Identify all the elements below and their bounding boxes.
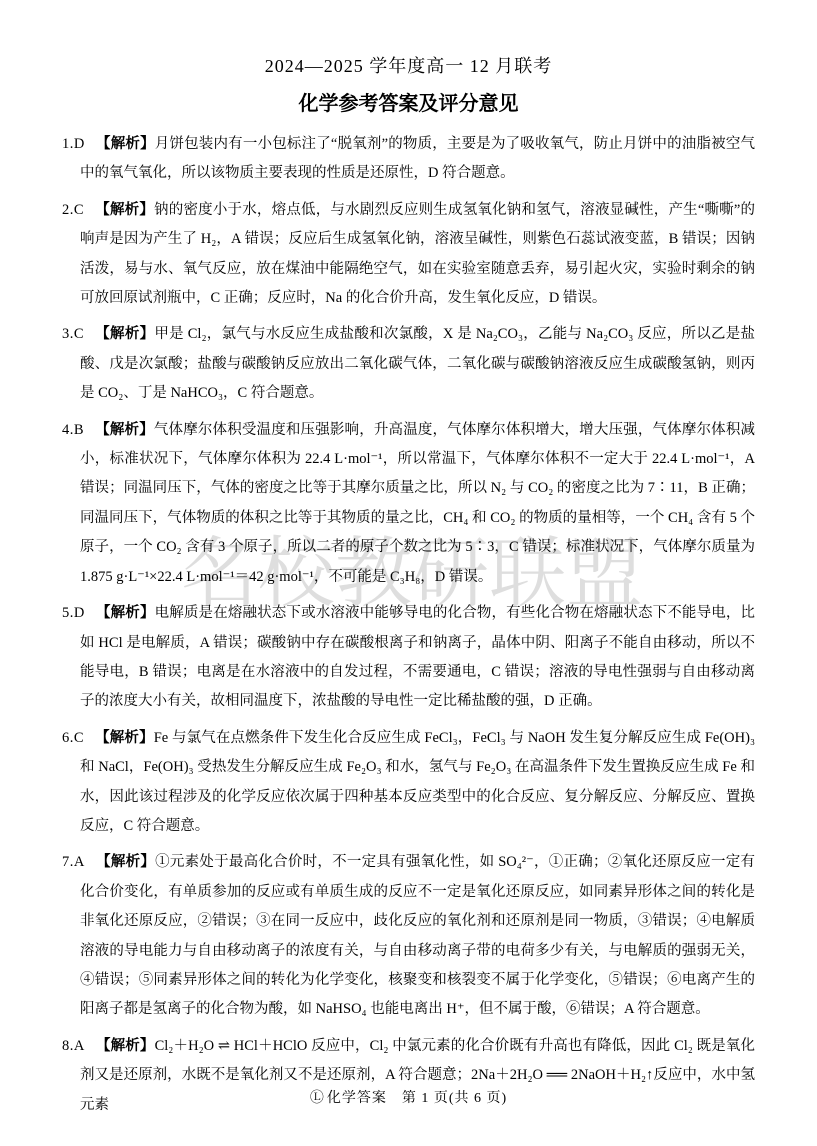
analysis-label: 【解析】 [95,422,154,438]
analysis-label: 【解析】 [96,605,155,621]
analysis-label: 【解析】 [95,730,154,746]
page-title: 2024—2025 学年度高一 12 月联考 [62,52,755,78]
analysis-text: 电解质是在熔融状态下或水溶液中能够导电的化合物，有些化合物在熔融状态下不能导电，… [80,605,755,709]
analysis-label: 【解析】 [96,854,155,870]
analysis-text: 钠的密度小于水，熔点低，与水剧烈反应则生成氢氧化钠和氢气，溶液显碱性，产生“嘶嘶… [80,202,755,306]
answer-item-5: 5.D【解析】电解质是在熔融状态下或水溶液中能够导电的化合物，有些化合物在熔融状… [62,599,755,717]
answer-item-3: 3.C【解析】甲是 Cl₂，氯气与水反应生成盐酸和次氯酸，X 是 Na₂CO₃，… [62,320,755,408]
answers-list: 1.D【解析】月饼包装内有一小包标注了“脱氧剂”的物质，主要是为了吸收氧气，防止… [62,130,755,1120]
answer-number: 3.C [62,326,84,342]
answer-number: 5.D [62,605,85,621]
analysis-label: 【解析】 [95,202,154,218]
analysis-text: ①元素处于最高化合价时，不一定具有强氧化性，如 SO₄²⁻，①正确；②氧化还原反… [80,854,755,1017]
answer-item-2: 2.C【解析】钠的密度小于水，熔点低，与水剧烈反应则生成氢氧化钠和氢气，溶液显碱… [62,196,755,314]
answer-sheet-page: 名校教研联盟 2024—2025 学年度高一 12 月联考 化学参考答案及评分意… [0,0,817,1146]
answer-number: 6.C [62,730,84,746]
page-subtitle: 化学参考答案及评分意见 [62,87,755,116]
analysis-text: 月饼包装内有一小包标注了“脱氧剂”的物质，主要是为了吸收氧气，防止月饼中的油脂被… [80,136,755,181]
answer-number: 4.B [62,422,84,438]
answer-item-6: 6.C【解析】Fe 与氯气在点燃条件下发生化合反应生成 FeCl₃，FeCl₃ … [62,724,755,842]
page-content: 2024—2025 学年度高一 12 月联考 化学参考答案及评分意见 1.D【解… [62,52,755,1120]
analysis-label: 【解析】 [96,1038,155,1054]
analysis-label: 【解析】 [96,136,155,152]
circled-l-icon: Ⓛ [310,1091,325,1106]
answer-number: 8.A [62,1038,85,1054]
answer-number: 2.C [62,202,84,218]
answer-item-4: 4.B【解析】气体摩尔体积受温度和压强影响，升高温度，气体摩尔体积增大，增大压强… [62,416,755,592]
footer-text: 化学答案 第 1 页(共 6 页) [327,1091,507,1106]
answer-number: 7.A [62,854,85,870]
page-footer: Ⓛ化学答案 第 1 页(共 6 页) [0,1087,817,1107]
analysis-label: 【解析】 [95,326,154,342]
answer-item-7: 7.A【解析】①元素处于最高化合价时，不一定具有强氧化性，如 SO₄²⁻，①正确… [62,848,755,1024]
analysis-text: 气体摩尔体积受温度和压强影响，升高温度，气体摩尔体积增大，增大压强，气体摩尔体积… [80,422,755,585]
answer-number: 1.D [62,136,85,152]
analysis-text: 甲是 Cl₂，氯气与水反应生成盐酸和次氯酸，X 是 Na₂CO₃，乙能与 Na₂… [80,326,755,401]
answer-item-1: 1.D【解析】月饼包装内有一小包标注了“脱氧剂”的物质，主要是为了吸收氧气，防止… [62,130,755,189]
analysis-text: Fe 与氯气在点燃条件下发生化合反应生成 FeCl₃，FeCl₃ 与 NaOH … [80,730,755,834]
